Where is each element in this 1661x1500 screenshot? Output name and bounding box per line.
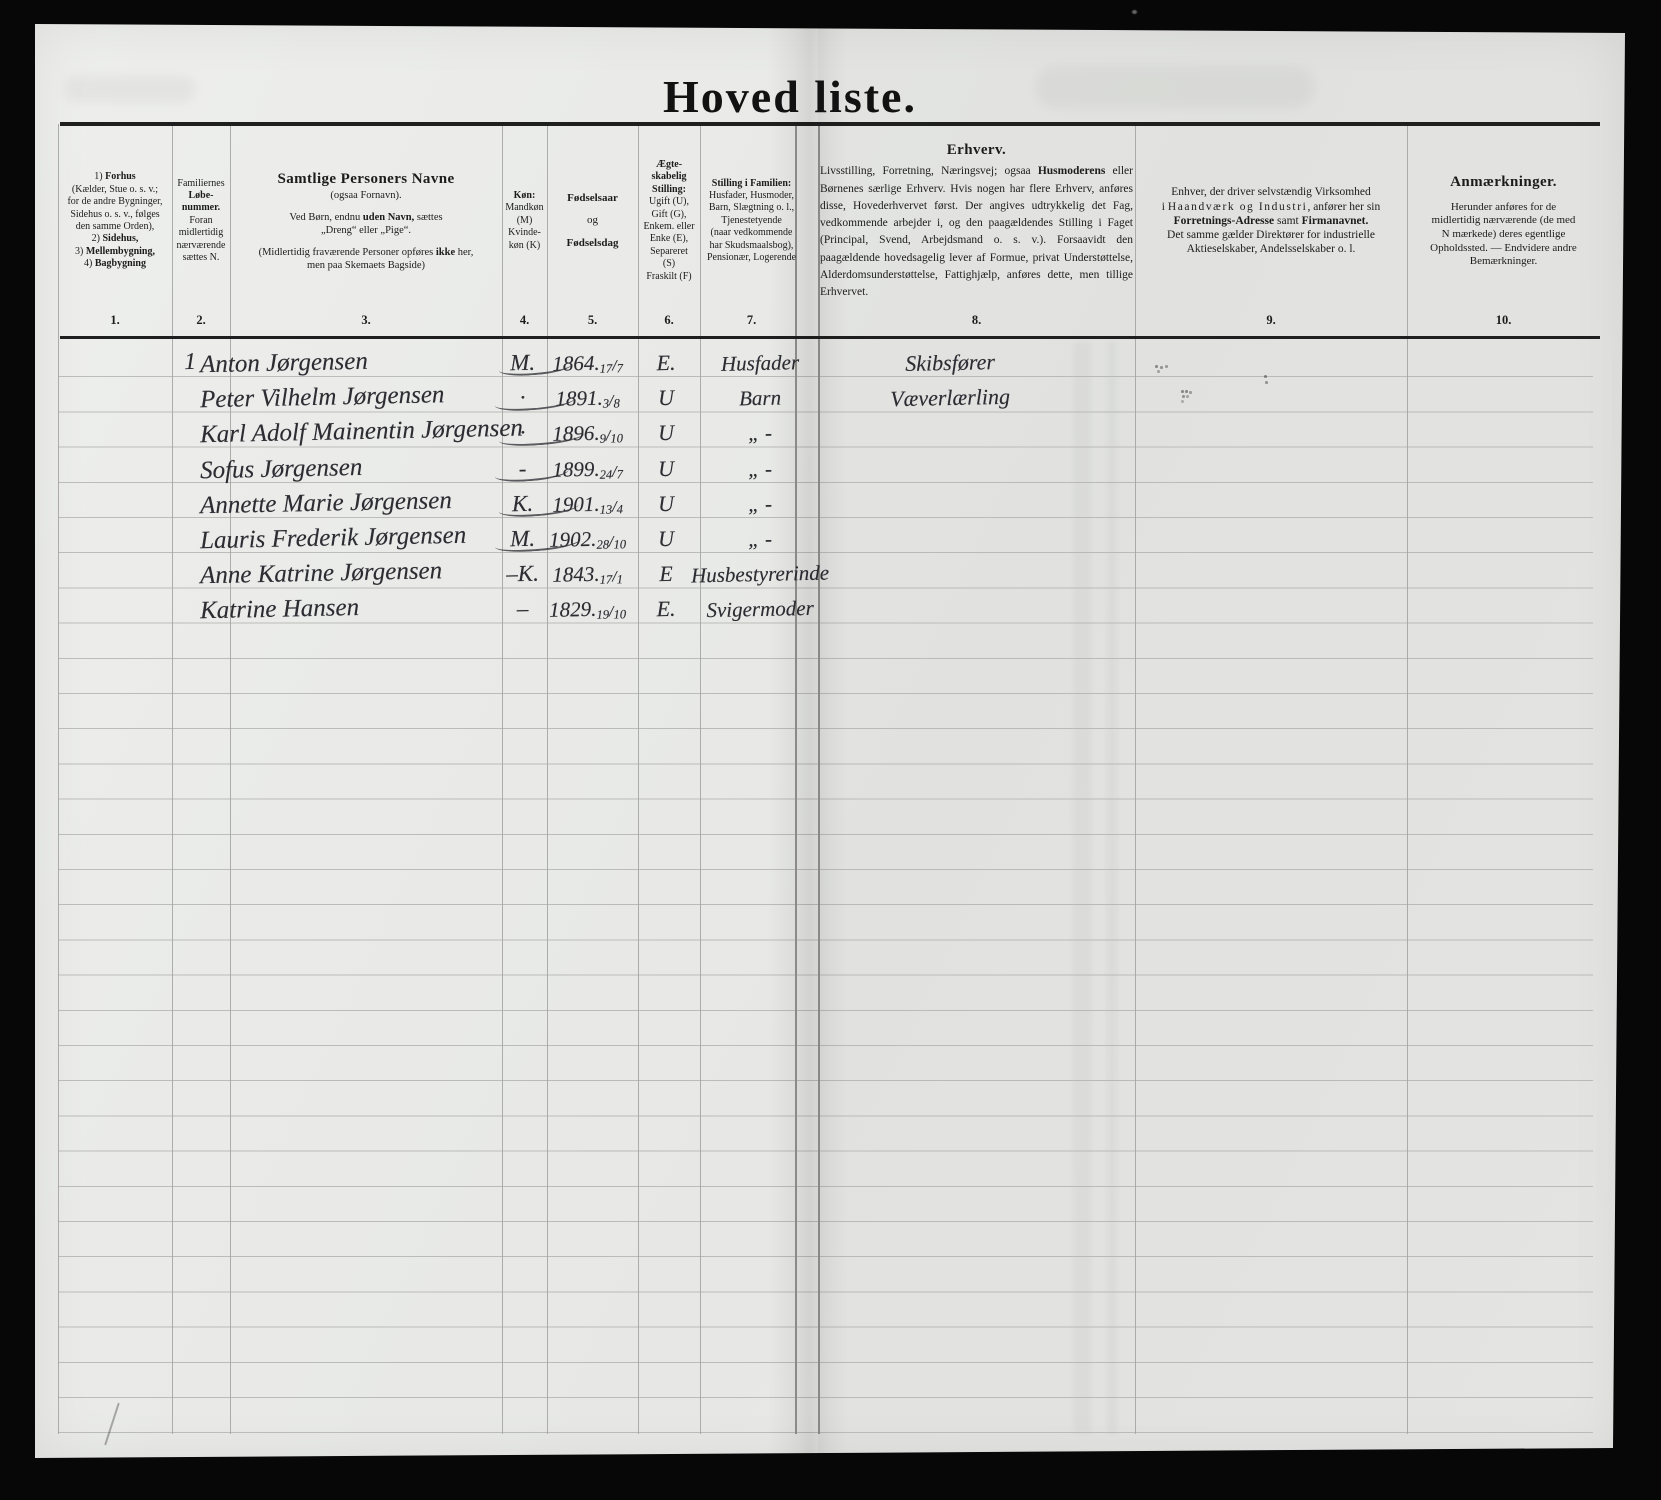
header-line: (ogsaa Fornavn). [232, 189, 500, 202]
header-line: Aktieselskaber, Andelsselskaber o. l. [1137, 242, 1405, 256]
header-text: og [587, 214, 598, 226]
header-line: 3) Mellembygning, [60, 246, 170, 258]
birthdate-fraction: 4 [617, 503, 624, 516]
header-line: sættes N. [174, 252, 228, 264]
entry-year: 1902. 28/10 [538, 518, 638, 553]
header-text: sættes [414, 212, 442, 223]
header-line: men paa Skemaets Bagside) [232, 259, 500, 272]
ink-specks [1264, 375, 1267, 378]
birthdate-fraction: 7 [617, 363, 624, 376]
header-text: eller Børnenes særlige Erhverv. Hvis nog… [820, 165, 1133, 298]
header-text: Ugift (U), [649, 196, 689, 207]
scan-canvas: Hoved liste. 1) Forhus(Kælder, Stue o. s… [0, 0, 1661, 1500]
header-text: Sidehus o. s. v., følges [70, 209, 159, 220]
header-text: for de andre Bygninger, [67, 196, 162, 207]
header-line: Pensionær, Logerende [702, 252, 801, 264]
header-text: (M) [517, 215, 533, 226]
header-text: Herunder anføres for de [1451, 201, 1556, 213]
birthdate-fraction: 8 [613, 398, 620, 411]
header-text: (naar vedkommende [711, 227, 793, 238]
header-text: Enhver, der driver selvstændig Virksomhe… [1171, 186, 1371, 198]
header-line: Sidehus o. s. v., følges [60, 209, 170, 221]
entry-name: Anton Jørgensen [200, 340, 516, 380]
birthdate-fraction: 17 [600, 574, 613, 587]
header-text: Haandværk og Industri [1168, 201, 1308, 213]
header-text: Pensionær, Logerende [707, 252, 796, 263]
header-text: Firmanavnet. [1302, 215, 1369, 227]
header-text: Separeret [650, 246, 688, 257]
birthdate-fraction: 1 [617, 574, 624, 587]
entry-status: E [635, 554, 698, 588]
header-text: har Skudsmaalsbog), [710, 240, 794, 251]
header-line: køn (K) [504, 240, 545, 252]
header-line: Herunder anføres for de [1409, 201, 1598, 215]
entry-status: U [635, 378, 698, 412]
census-page: Hoved liste. 1) Forhus(Kælder, Stue o. s… [35, 24, 1625, 1462]
header-line: Enke (E), [640, 233, 698, 245]
header-text: 1) [94, 171, 105, 182]
header-line: Tjenestetyende [702, 215, 801, 227]
header-cell-3: Samtlige Personers Navne(ogsaa Fornavn).… [232, 130, 500, 312]
header-cell-4: Køn:Mandkøn(M)Kvinde-køn (K) [504, 130, 545, 312]
birthdate-fraction: 24 [600, 468, 613, 481]
header-text: skabelig [651, 171, 686, 182]
header-cell-8: Erhverv.Livsstilling, Forretning, Næring… [820, 130, 1133, 312]
header-line: Ved Børn, endnu uden Navn, sættes [232, 211, 500, 224]
header-cell-9: Enhver, der driver selvstændig Virksomhe… [1137, 130, 1405, 312]
header-text: (Midlertidig fraværende Personer opføres [259, 247, 436, 258]
header-text: Anmærkninger. [1450, 174, 1557, 190]
header-line: (naar vedkommende [702, 227, 801, 239]
entry-year: 1896. 9/10 [538, 412, 638, 447]
header-text: „Dreng“ eller „Pige“. [321, 225, 411, 236]
header-text: Opholdssted. — Endvidere andre [1430, 242, 1577, 254]
header-text: , anfører her sin [1307, 201, 1380, 213]
entry-year: 1843. 17/1 [538, 553, 638, 588]
header-text: Samtlige Personers Navne [277, 171, 454, 187]
birthdate-fraction: 19 [596, 609, 609, 622]
header-line: Mandkøn [504, 202, 545, 214]
header-line: har Skudsmaalsbog), [702, 240, 801, 252]
header-cell-5: FødselsaarogFødselsdag [549, 130, 636, 312]
header-line: i Haandværk og Industri, anfører her sin [1137, 200, 1405, 214]
header-text: Enkem. eller [643, 221, 694, 232]
header-text: Fraskilt (F) [646, 271, 691, 282]
birthdate-fraction: 13 [600, 504, 613, 517]
entry-year: 1899. 24/7 [538, 448, 638, 483]
header-line: Barn, Slægtning o. l., [702, 202, 801, 214]
header-line: Separeret [640, 246, 698, 258]
birthdate-fraction: 28 [596, 539, 609, 552]
column-number-4: 4. [502, 313, 547, 331]
header-cell-2: FamiliernesLøbe-nummer.Foranmidlertidign… [174, 130, 228, 312]
birthdate-fraction: 7 [617, 468, 624, 481]
header-text: nummer. [182, 202, 220, 213]
header-text: (ogsaa Fornavn). [330, 190, 401, 201]
scan-artifact [65, 76, 195, 102]
header-text: køn (K) [509, 240, 540, 251]
header-line: Anmærkninger. [1409, 173, 1598, 192]
header-line: Forretnings-Adresse samt Firmanavnet. [1137, 214, 1405, 228]
column-number-7: 7. [700, 313, 803, 331]
header-line: Stilling: [640, 184, 698, 196]
column-number-8: 8. [818, 313, 1135, 331]
header-text: ikke [436, 247, 455, 258]
column-number-5: 5. [547, 313, 638, 331]
header-line: Bemærkninger. [1409, 255, 1598, 269]
header-text: den samme Orden), [76, 221, 155, 232]
header-line: Opholdssted. — Endvidere andre [1409, 242, 1598, 256]
header-text: Det samme gælder Direktører for industri… [1167, 229, 1375, 241]
entry-status: U [635, 448, 698, 482]
header-text: men paa Skemaets Bagside) [307, 260, 425, 271]
entry-occupation: Væverlærling [805, 375, 1096, 414]
header-line: skabelig [640, 171, 698, 183]
header-text: 2) [92, 233, 103, 244]
header-cell-6: Ægte-skabeligStilling:Ugift (U),Gift (G)… [640, 130, 698, 312]
entry-year: 1864. 17/7 [538, 342, 638, 377]
header-text: Mellembygning, [86, 246, 155, 257]
page-title: Hoved liste. [490, 70, 1090, 123]
birthdate-fraction: 17 [600, 363, 613, 376]
entry-status: U [635, 518, 698, 552]
header-line: midlertidig [174, 227, 228, 239]
header-text: (Kælder, Stue o. s. v.; [72, 184, 158, 195]
header-text: Stilling i Familien: [712, 178, 791, 189]
entry-year: 1829. 19/10 [538, 588, 638, 623]
header-line: Familiernes [174, 178, 228, 190]
header-line: 1) Forhus [60, 171, 170, 183]
header-line: (Kælder, Stue o. s. v.; [60, 184, 170, 196]
header-line: „Dreng“ eller „Pige“. [232, 224, 500, 237]
header-text: Tjenestetyende [721, 215, 782, 226]
header-line: Det samme gælder Direktører for industri… [1137, 228, 1405, 242]
header-text: Ægte- [656, 159, 682, 170]
header-text: Erhverv. [947, 142, 1006, 158]
header-text: Barn, Slægtning o. l., [709, 202, 794, 213]
header-line: midlertidig nærværende (de med [1409, 214, 1598, 228]
header-line: Stilling i Familien: [702, 178, 801, 190]
header-text: midlertidig [179, 227, 223, 238]
header-line: (S) [640, 258, 698, 270]
birthdate-fraction: 10 [610, 433, 623, 446]
header-text: Livsstilling, Forretning, Næringsvej; og… [820, 165, 1038, 177]
header-line: Fraskilt (F) [640, 271, 698, 283]
header-text: Forhus [105, 171, 136, 182]
header-text: midlertidig nærværende (de med [1432, 214, 1576, 226]
entry-name: Anne Katrine Jørgensen [200, 551, 516, 591]
header-line: for de andre Bygninger, [60, 196, 170, 208]
header-line: 2) Sidehus, [60, 233, 170, 245]
header-line: Fødselsdag [549, 237, 636, 251]
column-number-10: 10. [1407, 313, 1600, 331]
header-line: Enhver, der driver selvstændig Virksomhe… [1137, 185, 1405, 199]
entry-status: U [635, 483, 698, 517]
header-text: Køn: [514, 190, 536, 201]
birthdate-fraction: 10 [613, 539, 626, 552]
entry-status: E. [635, 342, 698, 376]
entry-family: „ - [695, 447, 826, 483]
header-line: Samtlige Personers Navne [232, 170, 500, 189]
header-text: Løbe- [189, 190, 214, 201]
header-line: nummer. [174, 202, 228, 214]
header-line: Ugift (U), [640, 196, 698, 208]
header-text: nærværende [177, 240, 226, 251]
scan-speck [1132, 10, 1137, 14]
header-cell-10: Anmærkninger.Herunder anføres for demidl… [1409, 130, 1598, 312]
header-line: Kvinde- [504, 227, 545, 239]
header-cell-7: Stilling i Familien:Husfader, Husmoder,B… [702, 130, 801, 312]
entry-name: Sofus Jørgensen [200, 445, 516, 485]
header-text: Enke (E), [650, 233, 688, 244]
header-text: Fødselsaar [567, 192, 618, 204]
header-text: Stilling: [652, 184, 686, 195]
header-line: Fødselsaar [549, 192, 636, 206]
header-text: Gift (G), [652, 209, 687, 220]
header-line: nærværende [174, 240, 228, 252]
ink-specks [1155, 365, 1158, 368]
header-line: Husfader, Husmoder, [702, 190, 801, 202]
header-text: Kvinde- [508, 227, 541, 238]
column-number-1: 1. [58, 313, 172, 331]
header-text: Foran [189, 215, 212, 226]
header-text: (S) [663, 258, 675, 269]
header-bottom-rule [60, 336, 1600, 339]
header-text: Husmoderens [1038, 165, 1106, 177]
header-text: sættes N. [183, 252, 220, 263]
header-text: Aktieselskaber, Andelsselskaber o. l. [1187, 243, 1356, 255]
header-line: Erhverv. [820, 141, 1133, 160]
column-number-6: 6. [638, 313, 700, 331]
entry-status: U [635, 413, 698, 447]
header-text: N mærkede) deres egentlige [1442, 228, 1566, 240]
birthdate-fraction: 10 [613, 609, 626, 622]
header-line: Enkem. eller [640, 221, 698, 233]
header-text: uden Navn, [363, 212, 414, 223]
header-text: her, [455, 247, 473, 258]
entry-status: E. [635, 589, 698, 623]
entry-family: „ - [695, 518, 826, 554]
column-number-3: 3. [230, 313, 502, 331]
entry-name: Lauris Frederik Jørgensen [200, 516, 516, 556]
header-text: 3) [75, 246, 86, 257]
entry-name: Peter Vilhelm Jørgensen [200, 375, 516, 415]
header-line: N mærkede) deres egentlige [1409, 228, 1598, 242]
header-cell-1: 1) Forhus(Kælder, Stue o. s. v.;for de a… [60, 130, 170, 312]
header-text: Forretnings-Adresse [1174, 215, 1275, 227]
header-text: 4) [84, 258, 95, 269]
header-text: Ved Børn, endnu [289, 212, 363, 223]
header-text: Sidehus, [102, 233, 138, 244]
entry-year: 1891. 3/8 [538, 377, 638, 412]
header-line: (M) [504, 215, 545, 227]
header-line: den samme Orden), [60, 221, 170, 233]
header-line: og [549, 214, 636, 228]
header-line: Gift (G), [640, 209, 698, 221]
header-line: (Midlertidig fraværende Personer opføres… [232, 246, 500, 259]
header-text: samt [1274, 215, 1301, 227]
column-number-9: 9. [1135, 313, 1407, 331]
entry-occupation: Skibsfører [805, 340, 1096, 379]
ink-specks [1181, 390, 1184, 393]
entry-year: 1901. 13/4 [538, 483, 638, 518]
entry-family: „ - [695, 412, 826, 448]
header-text: Bagbygning [95, 258, 146, 269]
header-text: Fødselsdag [567, 237, 619, 249]
header-line: Livsstilling, Forretning, Næringsvej; og… [812, 163, 1141, 301]
column-number-2: 2. [172, 313, 230, 331]
entry-name: Annette Marie Jørgensen [200, 481, 516, 521]
header-text: Husfader, Husmoder, [709, 190, 794, 201]
entry-family: Husbestyrerinde [695, 553, 826, 589]
header-text: Mandkøn [505, 202, 543, 213]
header-line: Ægte- [640, 159, 698, 171]
header-line: 4) Bagbygning [60, 258, 170, 270]
header-line: Løbe- [174, 190, 228, 202]
header-line: Køn: [504, 190, 545, 202]
header-text: Familiernes [177, 178, 224, 189]
header-text: Bemærkninger. [1470, 255, 1538, 267]
entry-family: „ - [695, 482, 826, 518]
entry-family: Svigermoder [695, 588, 826, 624]
header-line: Foran [174, 215, 228, 227]
